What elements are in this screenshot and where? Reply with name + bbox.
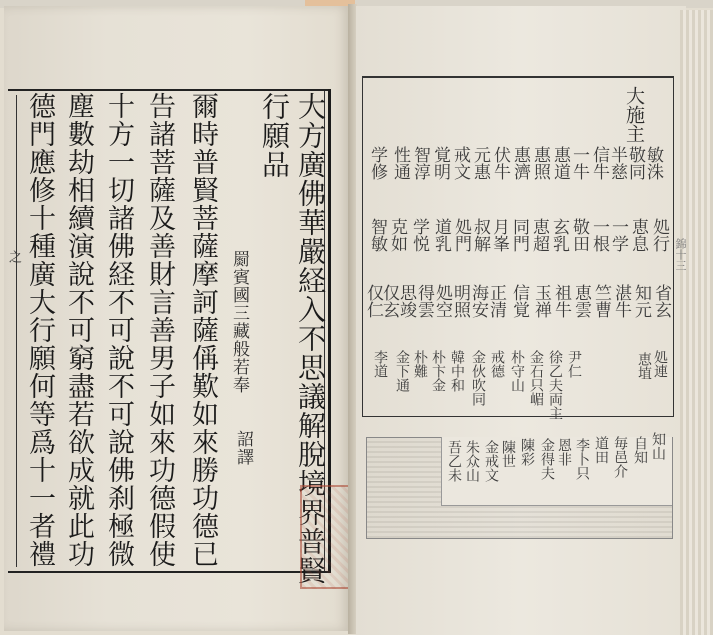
donor-name: 敏洙: [644, 146, 661, 180]
donor-name: 徐乙夫両主: [547, 350, 562, 420]
donor-name: 海安: [469, 284, 486, 318]
chapter-title: 行願品: [254, 92, 294, 179]
donor-name: 金伙吹同: [470, 350, 485, 406]
donor-name: 一学: [609, 218, 626, 252]
donor-heading: 大施主: [625, 86, 642, 143]
donor-name: 陳世: [500, 440, 515, 468]
donor-name: 戒德: [489, 350, 504, 378]
donor-name: 尹仁: [566, 350, 581, 378]
donor-name: 学修: [368, 146, 385, 180]
donor-name: 惠照: [531, 146, 548, 180]
donor-name: 思竣: [397, 284, 414, 318]
donor-name: 一牛: [570, 146, 587, 180]
donor-name: 竺曹: [592, 284, 609, 318]
donor-name: 朱众山: [464, 440, 479, 482]
body-column-4: 塵數劫相續演說不可窮盡若欲成就此功: [64, 92, 92, 568]
donor-name: 処空: [433, 284, 450, 318]
donor-name: 元惠: [471, 146, 488, 180]
page-edges: [680, 10, 713, 635]
donor-name: 惠道: [551, 146, 568, 180]
donor-name: 朴難: [412, 350, 427, 378]
donor-name: 陳彩: [519, 438, 534, 466]
donor-name: 学悦: [410, 218, 427, 252]
donor-name: 祖牛: [552, 284, 569, 318]
donor-name: 伏牛: [491, 146, 508, 180]
donor-name: 一根: [590, 218, 607, 252]
donor-name: 処門: [452, 218, 469, 252]
donor-name: 湛牛: [612, 284, 629, 318]
body-column-3: 十方一切諸佛経不可說不可說佛刹極微: [104, 92, 132, 568]
donor-name: 恩非: [556, 438, 571, 466]
donor-name: 惠濟: [511, 146, 528, 180]
donor-name: 吾乙未: [446, 440, 461, 482]
donor-name: 知山: [650, 432, 665, 460]
donor-name: 金下通: [394, 350, 409, 392]
donor-name: 李卜只: [574, 438, 589, 480]
donor-name: 智淳: [411, 146, 428, 180]
donor-name: 李道: [372, 350, 387, 378]
donor-name: 朴卞金: [430, 350, 445, 392]
donor-name: 金戒文: [483, 440, 498, 482]
donor-name: 得雲: [415, 284, 432, 318]
donor-name: 金得夫: [539, 438, 554, 480]
donor-name: 正清: [487, 284, 504, 318]
donor-name: 仅仁: [364, 284, 381, 318]
margin-mark: 之: [4, 250, 23, 263]
donor-name: 性通: [391, 146, 408, 180]
donor-name: 同門: [510, 218, 527, 252]
donor-name: 恵超: [530, 218, 547, 252]
donor-name: 道乳: [432, 218, 449, 252]
donor-name: 克如: [388, 218, 405, 252]
donor-name: 玉禅: [532, 284, 549, 318]
body-column-5: 德門應修十種廣大行願何等爲十一者禮: [25, 92, 53, 568]
donor-name: 信覚: [510, 284, 527, 318]
donor-name: 恵埴: [636, 352, 651, 380]
donor-name: 道田: [593, 436, 608, 464]
donor-name: 朴守山: [509, 350, 524, 392]
donor-name: 智敏: [368, 218, 385, 252]
donor-name: 恵息: [629, 218, 646, 252]
donor-name: 韓中和: [449, 350, 464, 392]
donor-name: 金石只嵋: [528, 350, 543, 406]
donor-name: 叔解: [471, 218, 488, 252]
donor-name: 処連: [652, 350, 667, 378]
donor-name: 玄乳: [550, 218, 567, 252]
donor-name: 覚明: [431, 146, 448, 180]
translator-line: 罽賓國三藏般若奉: [227, 250, 252, 394]
donor-name: 敬田: [570, 218, 587, 252]
donor-name: 戒文: [451, 146, 468, 180]
translator-suffix: 詔譯: [231, 430, 256, 466]
donor-name: 月峯: [490, 218, 507, 252]
open-book-photo: 之 大方廣佛華嚴経入不思議解脫境界普賢 行願品 罽賓國三藏般若奉 詔譯 爾時普賢…: [0, 0, 713, 635]
body-column-2: 告諸菩薩及善財言善男子如來功德假使: [145, 92, 173, 568]
donor-name: 知元: [632, 284, 649, 318]
donor-name: 処行: [650, 218, 667, 252]
donor-name: 自知: [632, 436, 647, 464]
donor-name: 省玄: [652, 284, 669, 318]
donor-name: 恵雲: [572, 284, 589, 318]
donor-name: 毎邑介: [612, 436, 627, 478]
body-column-1: 爾時普賢菩薩摩訶薩偁歎如來勝功德已: [188, 92, 216, 568]
donor-name: 信牛: [590, 146, 607, 180]
frame-inner-left-rule: [16, 95, 17, 567]
donor-name: 半慈: [608, 146, 625, 180]
edge-label: 錦十三: [672, 238, 688, 271]
donor-name: 敬同: [626, 146, 643, 180]
donor-name: 明照: [451, 284, 468, 318]
